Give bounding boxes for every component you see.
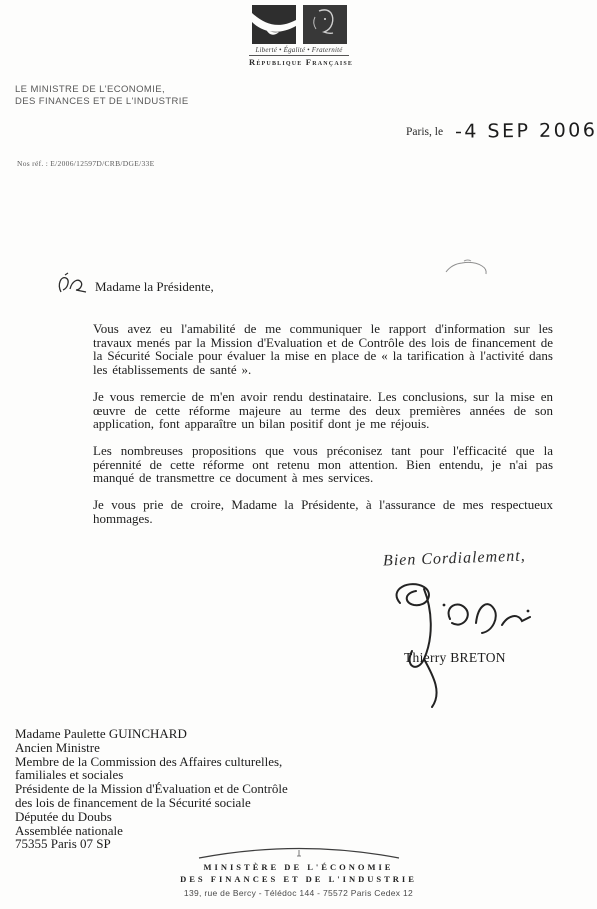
sender-block: LE MINISTRE DE L'ECONOMIE, DES FINANCES … [15, 84, 189, 108]
footer-address: 139, rue de Bercy - Télédoc 144 - 75572 … [0, 888, 597, 898]
paragraph-2: Je vous remercie de m'en avoir rendu des… [93, 390, 553, 431]
paragraph-1: Vous avez eu l'amabilité de me communiqu… [93, 322, 553, 377]
footer-ministry-line-2: DES FINANCES ET DE L'INDUSTRIE [0, 873, 597, 885]
footer: MINISTÈRE DE L'ÉCONOMIE DES FINANCES ET … [0, 843, 597, 898]
sender-line-2: DES FINANCES ET DE L'INDUSTRIE [15, 96, 189, 108]
letter-body: Vous avez eu l'amabilité de me communiqu… [93, 322, 553, 538]
flag-swoosh-icon [252, 5, 296, 44]
republique-francaise-logo: Liberté • Égalité • Fraternité Républiqu… [249, 5, 349, 67]
handwritten-annotation-scribble [57, 272, 89, 296]
letter-page: Liberté • Égalité • Fraternité Républiqu… [0, 0, 597, 909]
recipient-line: des lois de financement de la Sécurité s… [15, 796, 288, 810]
reference-line: Nos réf. : E/2006/12597D/CRB/DGE/33E [17, 159, 154, 168]
recipient-block: Madame Paulette GUINCHARD Ancien Ministr… [15, 727, 288, 851]
sender-line-1: LE MINISTRE DE L'ECONOMIE, [15, 84, 189, 96]
paragraph-3: Les nombreuses propositions que vous pré… [93, 444, 553, 485]
recipient-line: familiales et sociales [15, 768, 288, 782]
footer-flourish-arc [194, 843, 404, 861]
marianne-face-icon [303, 5, 347, 44]
footer-ministry-line-1: MINISTÈRE DE L'ÉCONOMIE [0, 861, 597, 873]
handwritten-closing: Bien Cordialement, [383, 548, 526, 571]
recipient-line: Madame Paulette GUINCHARD [15, 727, 288, 741]
marianne-logo-blocks [249, 5, 349, 44]
signer-name: Thierry BRETON [404, 650, 506, 666]
date-stamp: -4 SEP 2006 [455, 119, 597, 142]
paragraph-4: Je vous prie de croire, Madame la Présid… [93, 498, 553, 525]
salutation-row: Madame la Présidente, [57, 272, 214, 296]
republic-title: République Française [249, 57, 349, 67]
dateline-place: Paris, le [406, 126, 443, 138]
salutation-text: Madame la Présidente, [95, 279, 214, 296]
recipient-line: Ancien Ministre [15, 741, 288, 755]
recipient-line: Présidente de la Mission d'Évaluation et… [15, 782, 288, 796]
handwritten-paraph-mark [440, 248, 500, 282]
signature-scribble [380, 575, 550, 710]
recipient-line: Députée du Doubs [15, 810, 288, 824]
recipient-line: Assemblée nationale [15, 824, 288, 838]
motto-text: Liberté • Égalité • Fraternité [249, 46, 349, 54]
recipient-line: Membre de la Commission des Affaires cul… [15, 755, 288, 769]
motto-divider [249, 55, 349, 56]
